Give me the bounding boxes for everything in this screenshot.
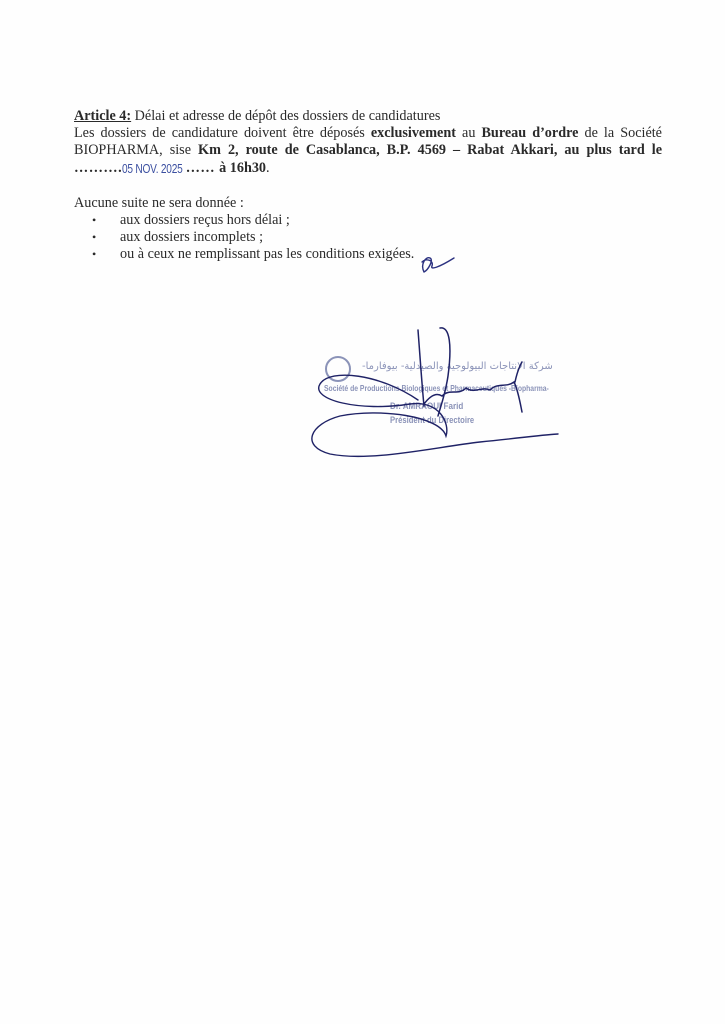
handwritten-signature <box>300 316 570 466</box>
paragraph-line-2: BIOPHARMA, sise Km 2, route de Casablanc… <box>74 142 662 159</box>
rejection-list: aux dossiers reçus hors délai ; aux doss… <box>74 212 662 263</box>
text: . <box>266 160 270 176</box>
date-stamp: 05 NOV. 2025 <box>122 160 183 177</box>
text: BIOPHARMA, sise <box>74 142 198 158</box>
dotted-fill: …… <box>186 160 219 176</box>
text: au <box>456 125 482 141</box>
initials-mark <box>418 248 458 278</box>
emphasis-office: Bureau d’ordre <box>481 125 578 141</box>
article-title: Délai et adresse de dépôt des dossiers d… <box>131 108 440 124</box>
text: Les dossiers de candidature doivent être… <box>74 125 371 141</box>
signature-stamp-block: شركة الإنتاجات البيولوجية والصيدلية- بيو… <box>300 316 570 466</box>
paragraph-line-3: ……….05 NOV. 2025…… à 16h30. <box>74 160 270 176</box>
text: de la Société <box>578 125 662 141</box>
emphasis-exclusively: exclusivement <box>371 125 456 141</box>
article-heading: Article 4: Délai et adresse de dépôt des… <box>74 108 662 125</box>
submission-paragraph: Les dossiers de candidature doivent être… <box>74 125 662 177</box>
address-emphasis: Km 2, route de Casablanca, B.P. 4569 – R… <box>198 142 662 158</box>
article-section: Article 4: Délai et adresse de dépôt des… <box>74 108 662 263</box>
dotted-fill: ………. <box>74 160 122 176</box>
spacer <box>74 177 662 195</box>
list-item: aux dossiers incomplets ; <box>74 229 662 246</box>
list-item: ou à ceux ne remplissant pas les conditi… <box>74 246 662 263</box>
paragraph-line-1: Les dossiers de candidature doivent être… <box>74 125 662 142</box>
deadline-time: à 16h30 <box>219 160 266 176</box>
document-page: Article 4: Délai et adresse de dépôt des… <box>0 0 725 1024</box>
article-label: Article 4: <box>74 108 131 124</box>
list-item: aux dossiers reçus hors délai ; <box>74 212 662 229</box>
rejection-intro: Aucune suite ne sera donnée : <box>74 195 662 212</box>
